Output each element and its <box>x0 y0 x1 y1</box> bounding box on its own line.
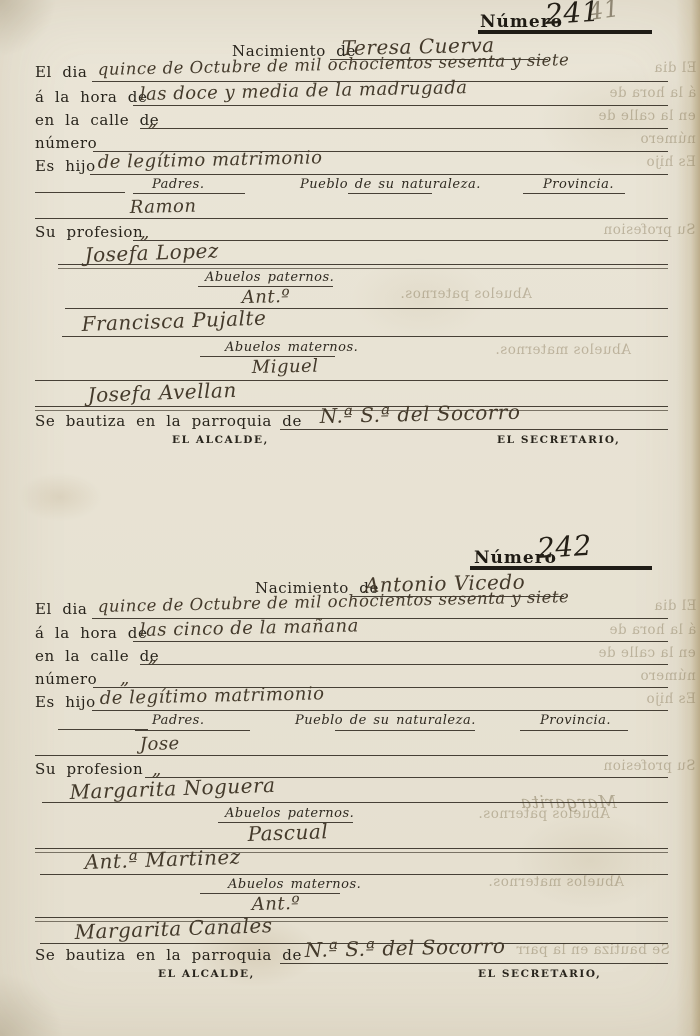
secretario-label: EL SECRETARIO, <box>478 968 601 980</box>
ruled-line <box>42 802 668 803</box>
bleed-through-text: en la calle de <box>598 645 696 661</box>
es-hijo-label: Es hijo <box>35 157 96 175</box>
numero-underline <box>478 30 652 34</box>
ruled-line <box>133 105 668 106</box>
bleed-through-text: Se bautiza en la parr <box>516 942 670 958</box>
bleed-through-text: Es hijo <box>646 154 696 170</box>
bautizo-value: N.ª S.ª del Socorro <box>304 934 505 962</box>
alcalde-label: EL ALCALDE, <box>158 968 255 980</box>
provincia-underline <box>523 193 625 194</box>
ruled-line <box>90 174 668 175</box>
es-hijo-value: de legítimo matrimonio <box>98 147 323 173</box>
padre-value: Ramon <box>130 196 197 218</box>
madre-value: Josefa Lopez <box>84 238 219 267</box>
header-rule <box>35 192 125 193</box>
bleed-through-text: á la hora de <box>609 622 696 638</box>
numero-calle-label: número <box>35 134 97 152</box>
abuelo-materno-value: Miguel <box>252 356 319 378</box>
bleed-through-text: en la calle de <box>598 108 696 124</box>
profesion-label: Su profesion <box>35 223 143 241</box>
bleed-through-text: á la hora de <box>609 85 696 101</box>
bleed-through-text: Abuelos maternos. <box>495 342 631 358</box>
abuelos-paternos-header: Abuelos paternos. <box>205 270 334 285</box>
bleed-through-text: Abuelos paternos. <box>400 286 532 302</box>
hora-label: á la hora de <box>35 88 147 106</box>
abuela-paterna-value: Francisca Pujalte <box>81 306 267 336</box>
padres-underline <box>133 193 245 194</box>
abuelos-maternos-header: Abuelos maternos. <box>225 340 358 355</box>
el-dia-value: quince de Octubre de mil ochocientos ses… <box>98 50 570 79</box>
abuela-paterna-value: Ant.ª Martinez <box>84 845 241 874</box>
numero-value: 242 <box>536 529 593 565</box>
provincia-underline <box>520 730 628 731</box>
abuelo-paterno-value: Pascual <box>247 819 328 846</box>
bautizo-value: N.ª S.ª del Socorro <box>319 400 520 428</box>
ruled-line <box>280 429 668 430</box>
abuelos-paternos-header: Abuelos paternos. <box>225 806 354 821</box>
bleed-through-text: Abuelos maternos. <box>488 874 624 890</box>
el-dia-label: El dia <box>35 600 87 618</box>
ruled-line <box>140 664 668 665</box>
provincia-header: Provincia. <box>540 713 611 728</box>
ruled-line-double <box>58 268 668 269</box>
ruled-line <box>133 641 668 642</box>
bautizo-label: Se bautiza en la parroquia de <box>35 946 302 964</box>
pueblo-underline <box>348 193 432 194</box>
secretario-label: EL SECRETARIO, <box>497 434 620 446</box>
ruled-line <box>62 336 668 337</box>
ruled-line <box>280 963 668 964</box>
el-dia-value: quince de Octubre de mil ochocientos ses… <box>98 587 570 616</box>
birth-register-page: 41 El dia á la hora de en la calle de nú… <box>0 0 700 1036</box>
ruled-line <box>140 128 668 129</box>
bleed-through-text: El dia <box>654 598 696 614</box>
hora-value: las cinco de la mañana <box>140 615 359 641</box>
padres-header: Padres. <box>152 177 204 192</box>
padres-underline <box>135 730 250 731</box>
numero-calle-value: „ <box>120 668 130 689</box>
pueblo-underline <box>335 730 475 731</box>
bleed-through-text: número <box>640 668 696 684</box>
profesion-label: Su profesion <box>35 760 143 778</box>
bautizo-label: Se bautiza en la parroquia de <box>35 412 302 430</box>
pueblo-header: Pueblo de su naturaleza. <box>295 713 476 728</box>
el-dia-label: El dia <box>35 63 87 81</box>
hora-label: á la hora de <box>35 624 147 642</box>
calle-label: en la calle de <box>35 647 159 665</box>
abuelo-materno-value: Ant.º <box>252 893 301 915</box>
provincia-header: Provincia. <box>543 177 614 192</box>
ruled-line <box>40 874 668 875</box>
es-hijo-label: Es hijo <box>35 693 96 711</box>
numero-value: 241 <box>544 0 601 31</box>
bleed-through-text: Su profesion <box>603 758 696 774</box>
bleed-through-text: Su profesion <box>603 222 696 238</box>
ruled-line <box>92 710 668 711</box>
padre-value: Jose <box>140 733 180 755</box>
abuela-materna-value: Josefa Avellan <box>87 378 237 407</box>
es-hijo-value: de legítimo matrimonio <box>100 683 325 709</box>
bleed-through-text: número <box>640 131 696 147</box>
abuelos-maternos-header: Abuelos maternos. <box>228 877 361 892</box>
calle-label: en la calle de <box>35 111 159 129</box>
numero-calle-label: número <box>35 670 97 688</box>
ruled-line <box>35 755 668 756</box>
padres-header: Padres. <box>152 713 204 728</box>
bleed-through-text: El dia <box>654 60 696 76</box>
ruled-line <box>58 264 668 265</box>
alcalde-label: EL ALCALDE, <box>172 434 269 446</box>
bleed-through-text: Es hijo <box>646 691 696 707</box>
pueblo-header: Pueblo de su naturaleza. <box>300 177 481 192</box>
ruled-line <box>35 218 668 219</box>
